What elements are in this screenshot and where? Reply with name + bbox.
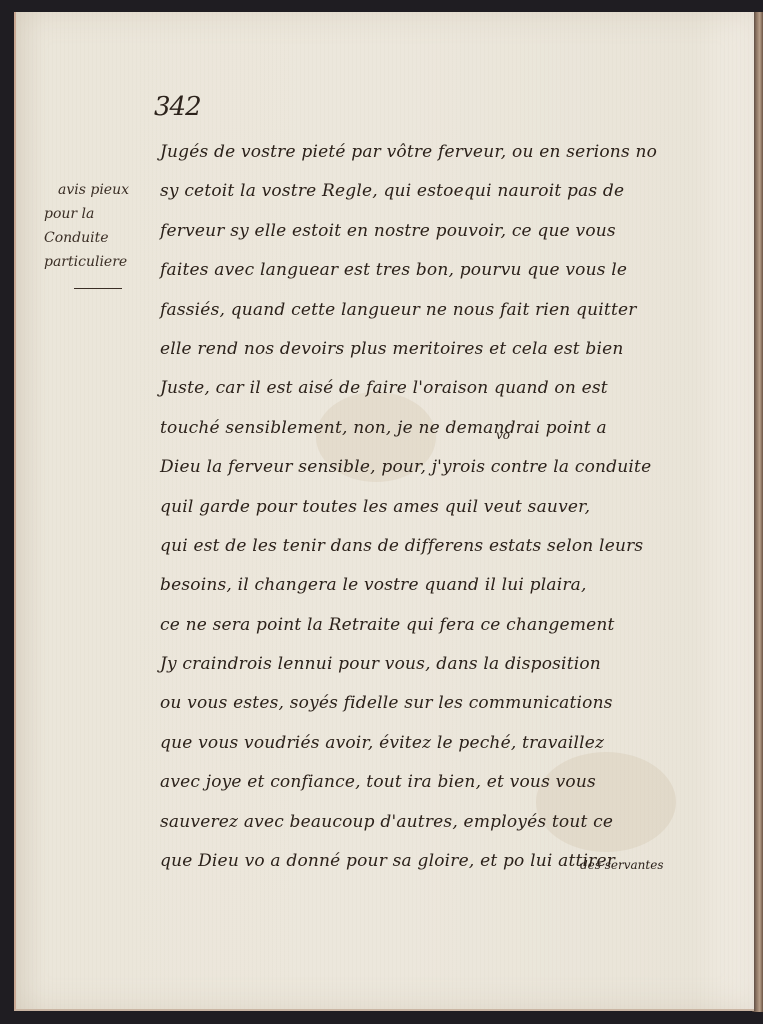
text-line: quil garde pour toutes les ames quil veu… [160,488,745,527]
text-line: sauverez avec beaucoup d'autres, employé… [160,803,745,842]
margin-note-line: pour la [44,202,164,226]
text-line: ferveur sy elle estoit en nostre pouvoir… [160,212,745,251]
margin-note: avis pieux pour la Conduite particuliere [44,178,164,274]
page-number: 342 [154,92,201,122]
text-line: besoins, il changera le vostre quand il … [160,566,745,605]
text-line: Dieu la ferveur sensible, pour, j'yrois … [160,448,745,487]
text-line: faites avec languear est tres bon, pourv… [160,251,745,290]
text-line: fassiés, quand cette langueur ne nous fa… [160,291,745,330]
text-line: touché sensiblement, non, je ne demandra… [160,409,745,448]
text-line: qui est de les tenir dans de differens e… [160,527,745,566]
text-line: ce ne sera point la Retraite qui fera ce… [160,606,745,645]
margin-note-line: particuliere [44,250,164,274]
text-line: Jy craindrois lennui pour vous, dans la … [160,645,745,684]
text-line: que vous voudriés avoir, évitez le peché… [160,724,745,763]
text-line: ou vous estes, soyés fidelle sur les com… [160,684,745,723]
text-line: avec joye et confiance, tout ira bien, e… [160,763,745,802]
text-line: elle rend nos devoirs plus meritoires et… [160,330,745,369]
text-line: Juste, car il est aisé de faire l'oraiso… [160,369,745,408]
text-line: Jugés de vostre pieté par vôtre ferveur,… [160,133,745,172]
interlinear-insertion: vo [496,428,510,442]
manuscript-body: Jugés de vostre pieté par vôtre ferveur,… [160,133,745,881]
margin-note-line: Conduite [44,226,164,250]
interlinear-insertion: des servantes [580,858,664,872]
text-line: sy cetoit la vostre Regle, qui estoequi … [160,172,745,211]
scanned-manuscript: 342 avis pieux pour la Conduite particul… [0,0,763,1024]
margin-note-line: avis pieux [44,178,164,202]
margin-rule [74,288,122,289]
